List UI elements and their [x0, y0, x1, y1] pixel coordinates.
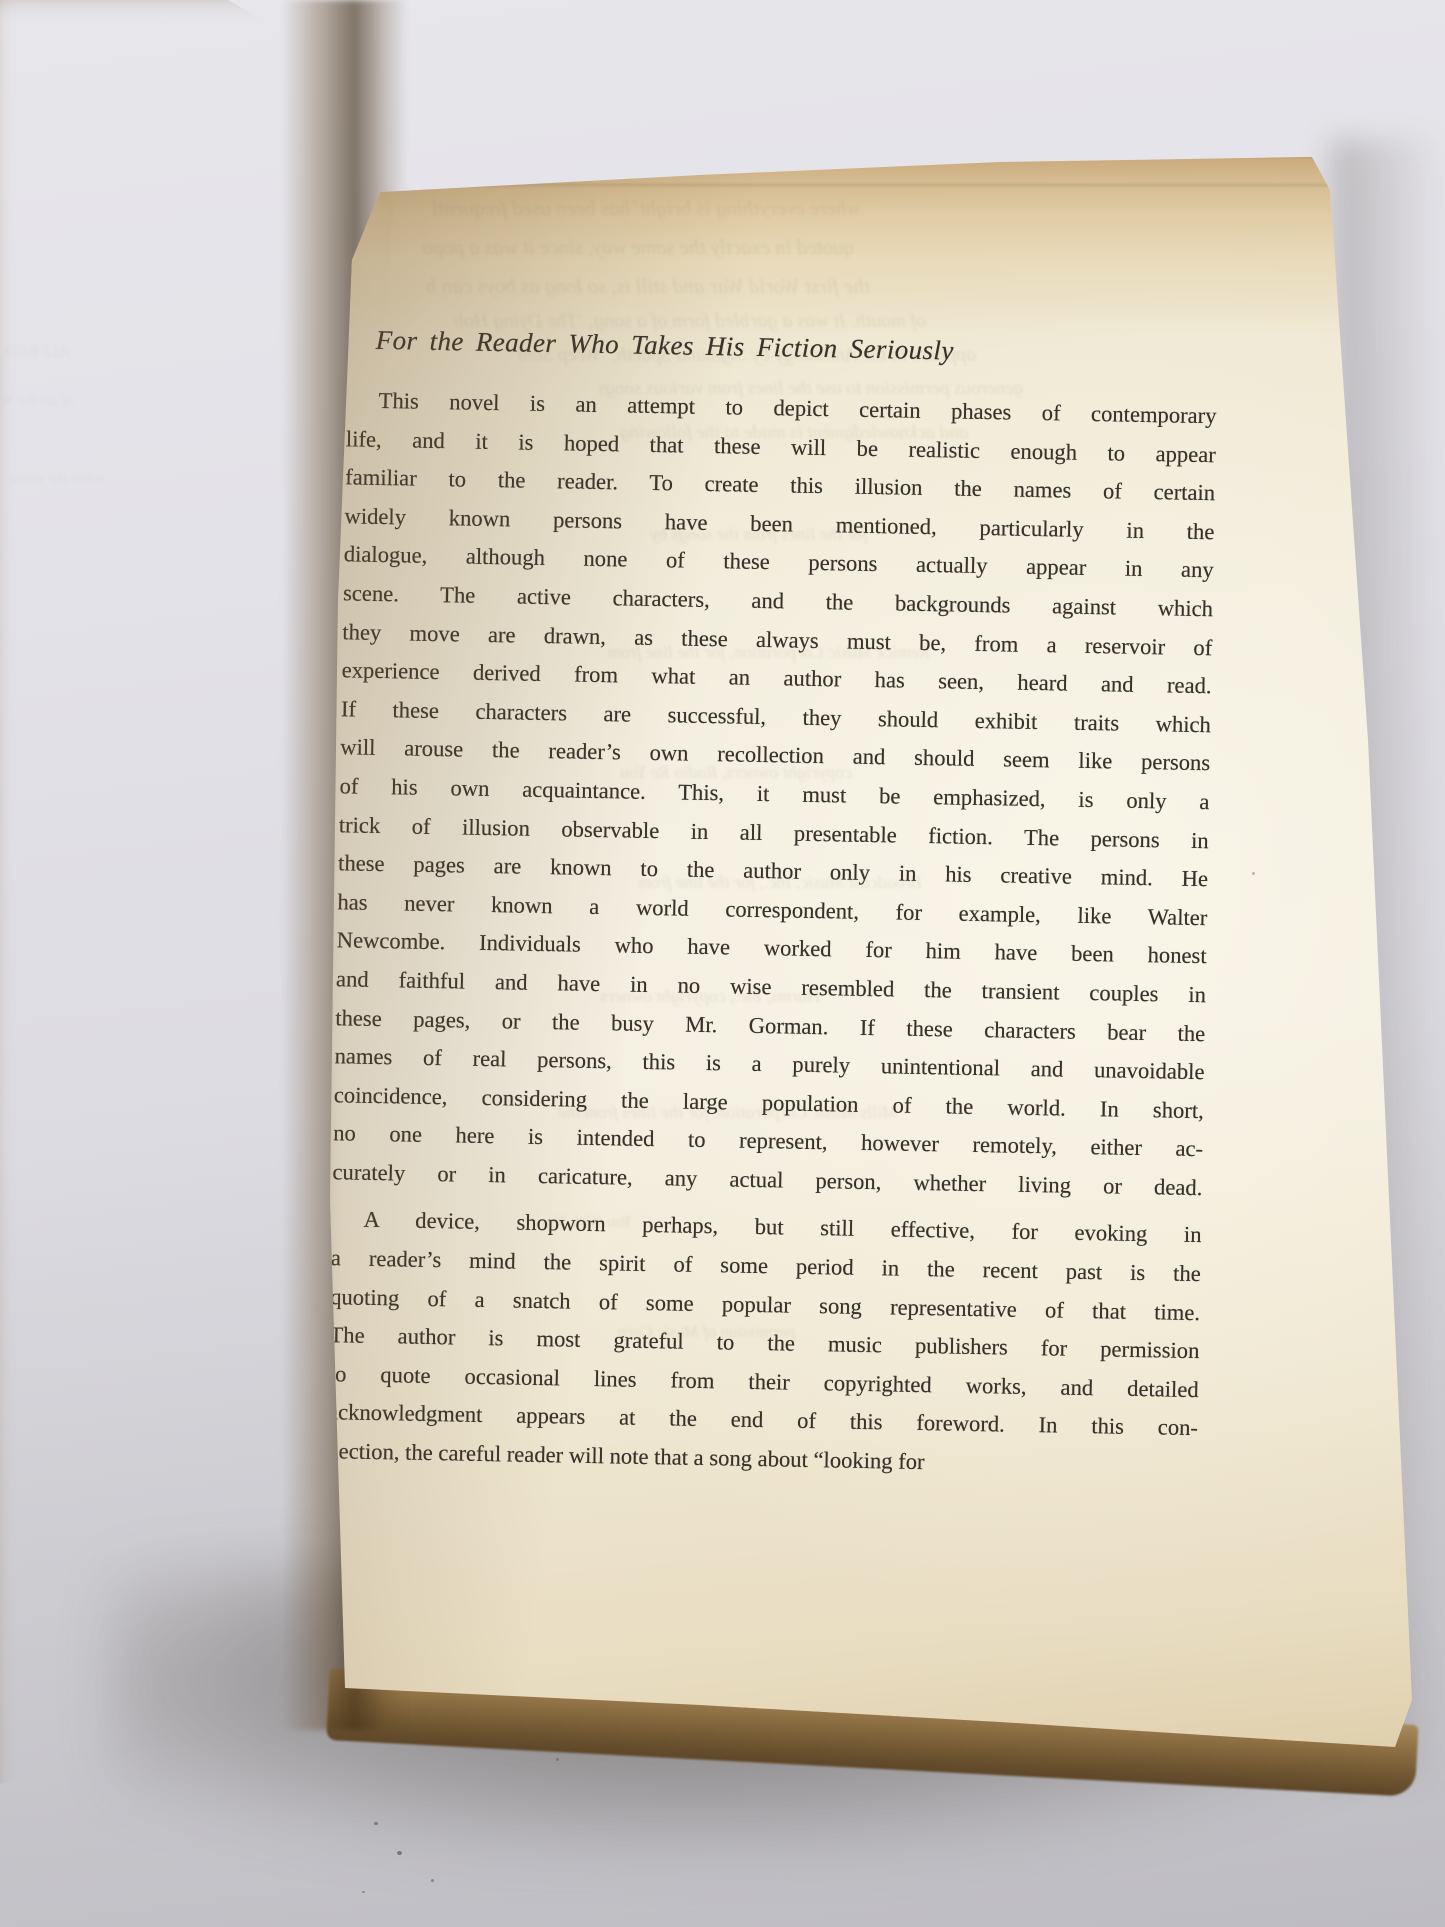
page-top-edges: [320, 140, 1430, 335]
paragraph: A device, shopworn perhaps, but still ef…: [327, 1201, 1202, 1487]
dust-speck: [431, 1879, 434, 1882]
dust-speck: [374, 1822, 378, 1825]
show-through-text: when the verse: [10, 470, 105, 488]
dust-speck: [362, 1891, 365, 1893]
paragraph: This novel is an attempt to depict certa…: [332, 381, 1217, 1207]
dust-speck: [556, 1758, 559, 1761]
show-through-text: ALFRED: [6, 342, 69, 362]
dust-speck: [397, 1851, 402, 1855]
show-through-text: of all the W: [0, 392, 74, 410]
dust-speck: [1252, 872, 1255, 875]
right-page: where everything is bright’ has been use…: [320, 140, 1430, 1785]
page-content: For the Reader Who Takes His Fiction Ser…: [327, 319, 1218, 1495]
foreword-text: This novel is an attempt to depict certa…: [327, 381, 1217, 1486]
photo-of-open-book: where everything is bright’ has been use…: [0, 0, 1445, 1927]
